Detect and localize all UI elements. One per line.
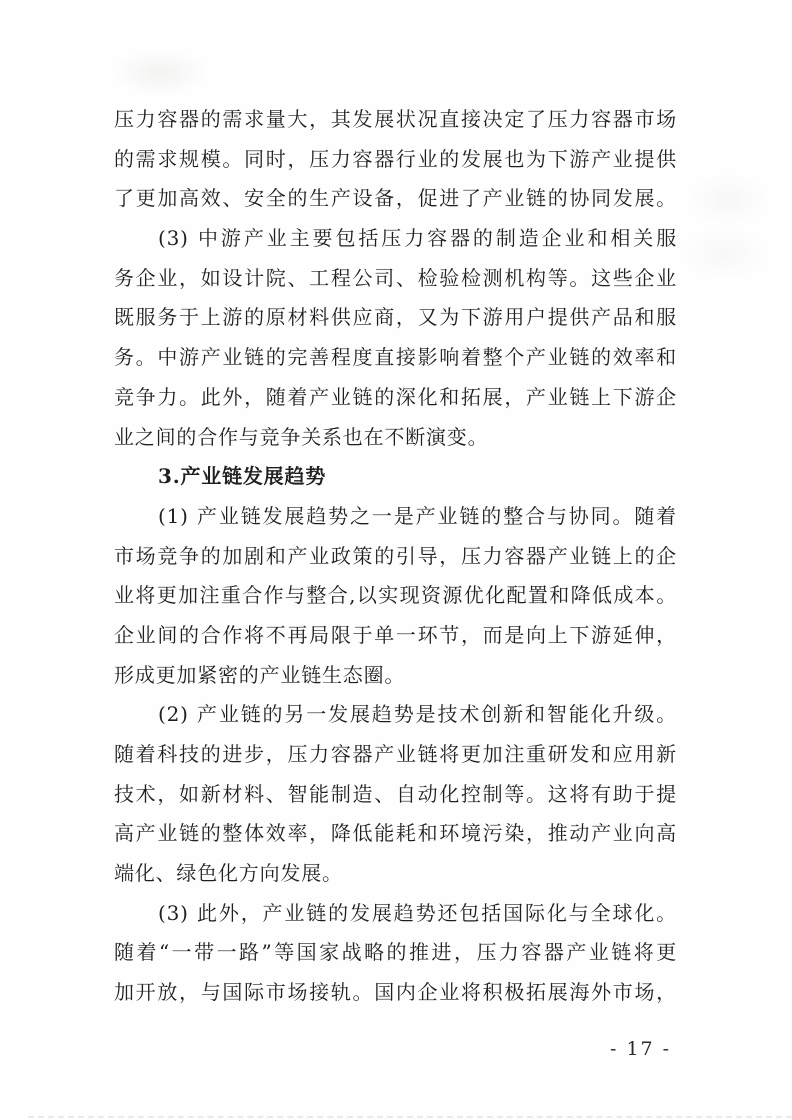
text-line-paragraph-end: 形成更加紧密的产业链生态圈。	[114, 656, 677, 696]
scan-smudge-top-left	[112, 50, 208, 96]
text-line: 了更加高效、安全的生产设备，促进了产业链的协同发展。	[114, 179, 677, 219]
text-line-paragraph-end: 业之间的合作与竞争关系也在不断演变。	[114, 418, 677, 458]
text-line-paragraph-start: (2) 产业链的另一发展趋势是技术创新和智能化升级。	[114, 695, 677, 735]
text-line-paragraph-start: (1) 产业链发展趋势之一是产业链的整合与协同。随着	[114, 497, 677, 537]
text-line: 的需求规模。同时，压力容器行业的发展也为下游产业提供	[114, 140, 677, 180]
text-block: 压力容器的需求量大，其发展状况直接决定了压力容器市场 的需求规模。同时，压力容器…	[114, 100, 677, 1013]
text-line: 随着“一带一路”等国家战略的推进，压力容器产业链将更	[114, 933, 677, 973]
text-line: 高产业链的整体效率，降低能耗和环境污染，推动产业向高	[114, 814, 677, 854]
text-line: 业将更加注重合作与整合,以实现资源优化配置和降低成本。	[114, 576, 677, 616]
text-line: 务企业，如设计院、工程公司、检验检测机构等。这些企业	[114, 259, 677, 299]
text-line: 压力容器的需求量大，其发展状况直接决定了压力容器市场	[114, 100, 677, 140]
text-line: 随着科技的进步，压力容器产业链将更加注重研发和应用新	[114, 735, 677, 775]
text-line: 竞争力。此外，随着产业链的深化和拓展，产业链上下游企	[114, 378, 677, 418]
text-line: 务。中游产业链的完善程度直接影响着整个产业链的效率和	[114, 338, 677, 378]
text-line-paragraph-start: (3) 此外，产业链的发展趋势还包括国际化与全球化。	[114, 894, 677, 934]
text-line-paragraph-start: (3) 中游产业主要包括压力容器的制造企业和相关服	[114, 219, 677, 259]
text-line: 技术，如新材料、智能制造、自动化控制等。这将有助于提	[114, 775, 677, 815]
text-line: 加开放，与国际市场接轨。国内企业将积极拓展海外市场，	[114, 973, 677, 1013]
section-heading: 3.产业链发展趋势	[114, 457, 677, 497]
scan-smudge-right-lower	[680, 226, 770, 281]
page-number: - 17 -	[610, 1036, 680, 1062]
document-page: 压力容器的需求量大，其发展状况直接决定了压力容器市场 的需求规模。同时，压力容器…	[0, 0, 792, 1120]
page-bottom-edge	[28, 1116, 792, 1118]
text-line: 市场竞争的加剧和产业政策的引导，压力容器产业链上的企	[114, 537, 677, 577]
text-line-paragraph-end: 端化、绿色化方向发展。	[114, 854, 677, 894]
scan-smudge-right-upper	[688, 172, 768, 227]
text-line: 既服务于上游的原材料供应商，又为下游用户提供产品和服	[114, 298, 677, 338]
text-line: 企业间的合作将不再局限于单一环节，而是向上下游延伸，	[114, 616, 677, 656]
